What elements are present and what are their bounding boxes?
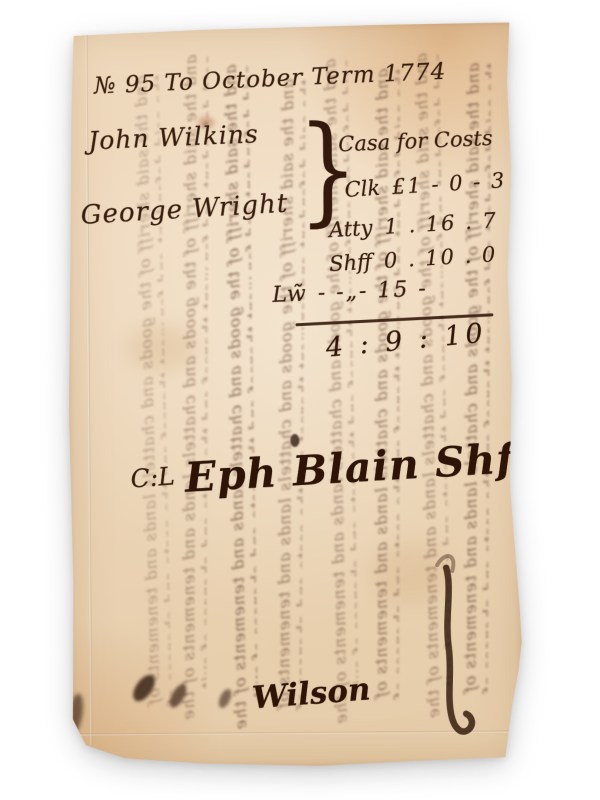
photograph-background: and the said sheriff of the goods and ch… <box>0 0 600 800</box>
ghost-script-column: and the said sheriff of the goods and ch… <box>131 75 171 715</box>
paper-shadow-wrap: and the said sheriff of the goods and ch… <box>65 22 522 767</box>
curly-brace: } <box>298 110 359 228</box>
fee-label: Clk <box>344 176 381 202</box>
fee-label: Shff <box>328 250 372 276</box>
ghost-script-column: and the said sheriff of the goods and ch… <box>371 68 399 733</box>
ghost-script-column: and the said sheriff of the goods and ch… <box>460 63 490 725</box>
fee-amount: - -„- 15 - <box>317 276 428 306</box>
fee-label: Atty <box>328 216 373 243</box>
ghost-script-column: and the said sheriff of the goods and ch… <box>411 53 451 739</box>
ghost-script-column: and the said sheriff of the goods and ch… <box>179 55 208 737</box>
ghost-script-column: and the said sheriff of the goods and ch… <box>221 64 259 736</box>
ink-blot <box>290 434 299 447</box>
manuscript-paper: and the said sheriff of the goods and ch… <box>65 22 522 767</box>
ink-smudge <box>65 693 86 737</box>
fee-label: Lw̃ <box>272 281 306 307</box>
fee-line-law: Lw̃ - -„- 15 - <box>272 276 428 307</box>
party-name-second: George Wright <box>80 189 289 231</box>
clerk-initials: C:L <box>130 461 176 493</box>
